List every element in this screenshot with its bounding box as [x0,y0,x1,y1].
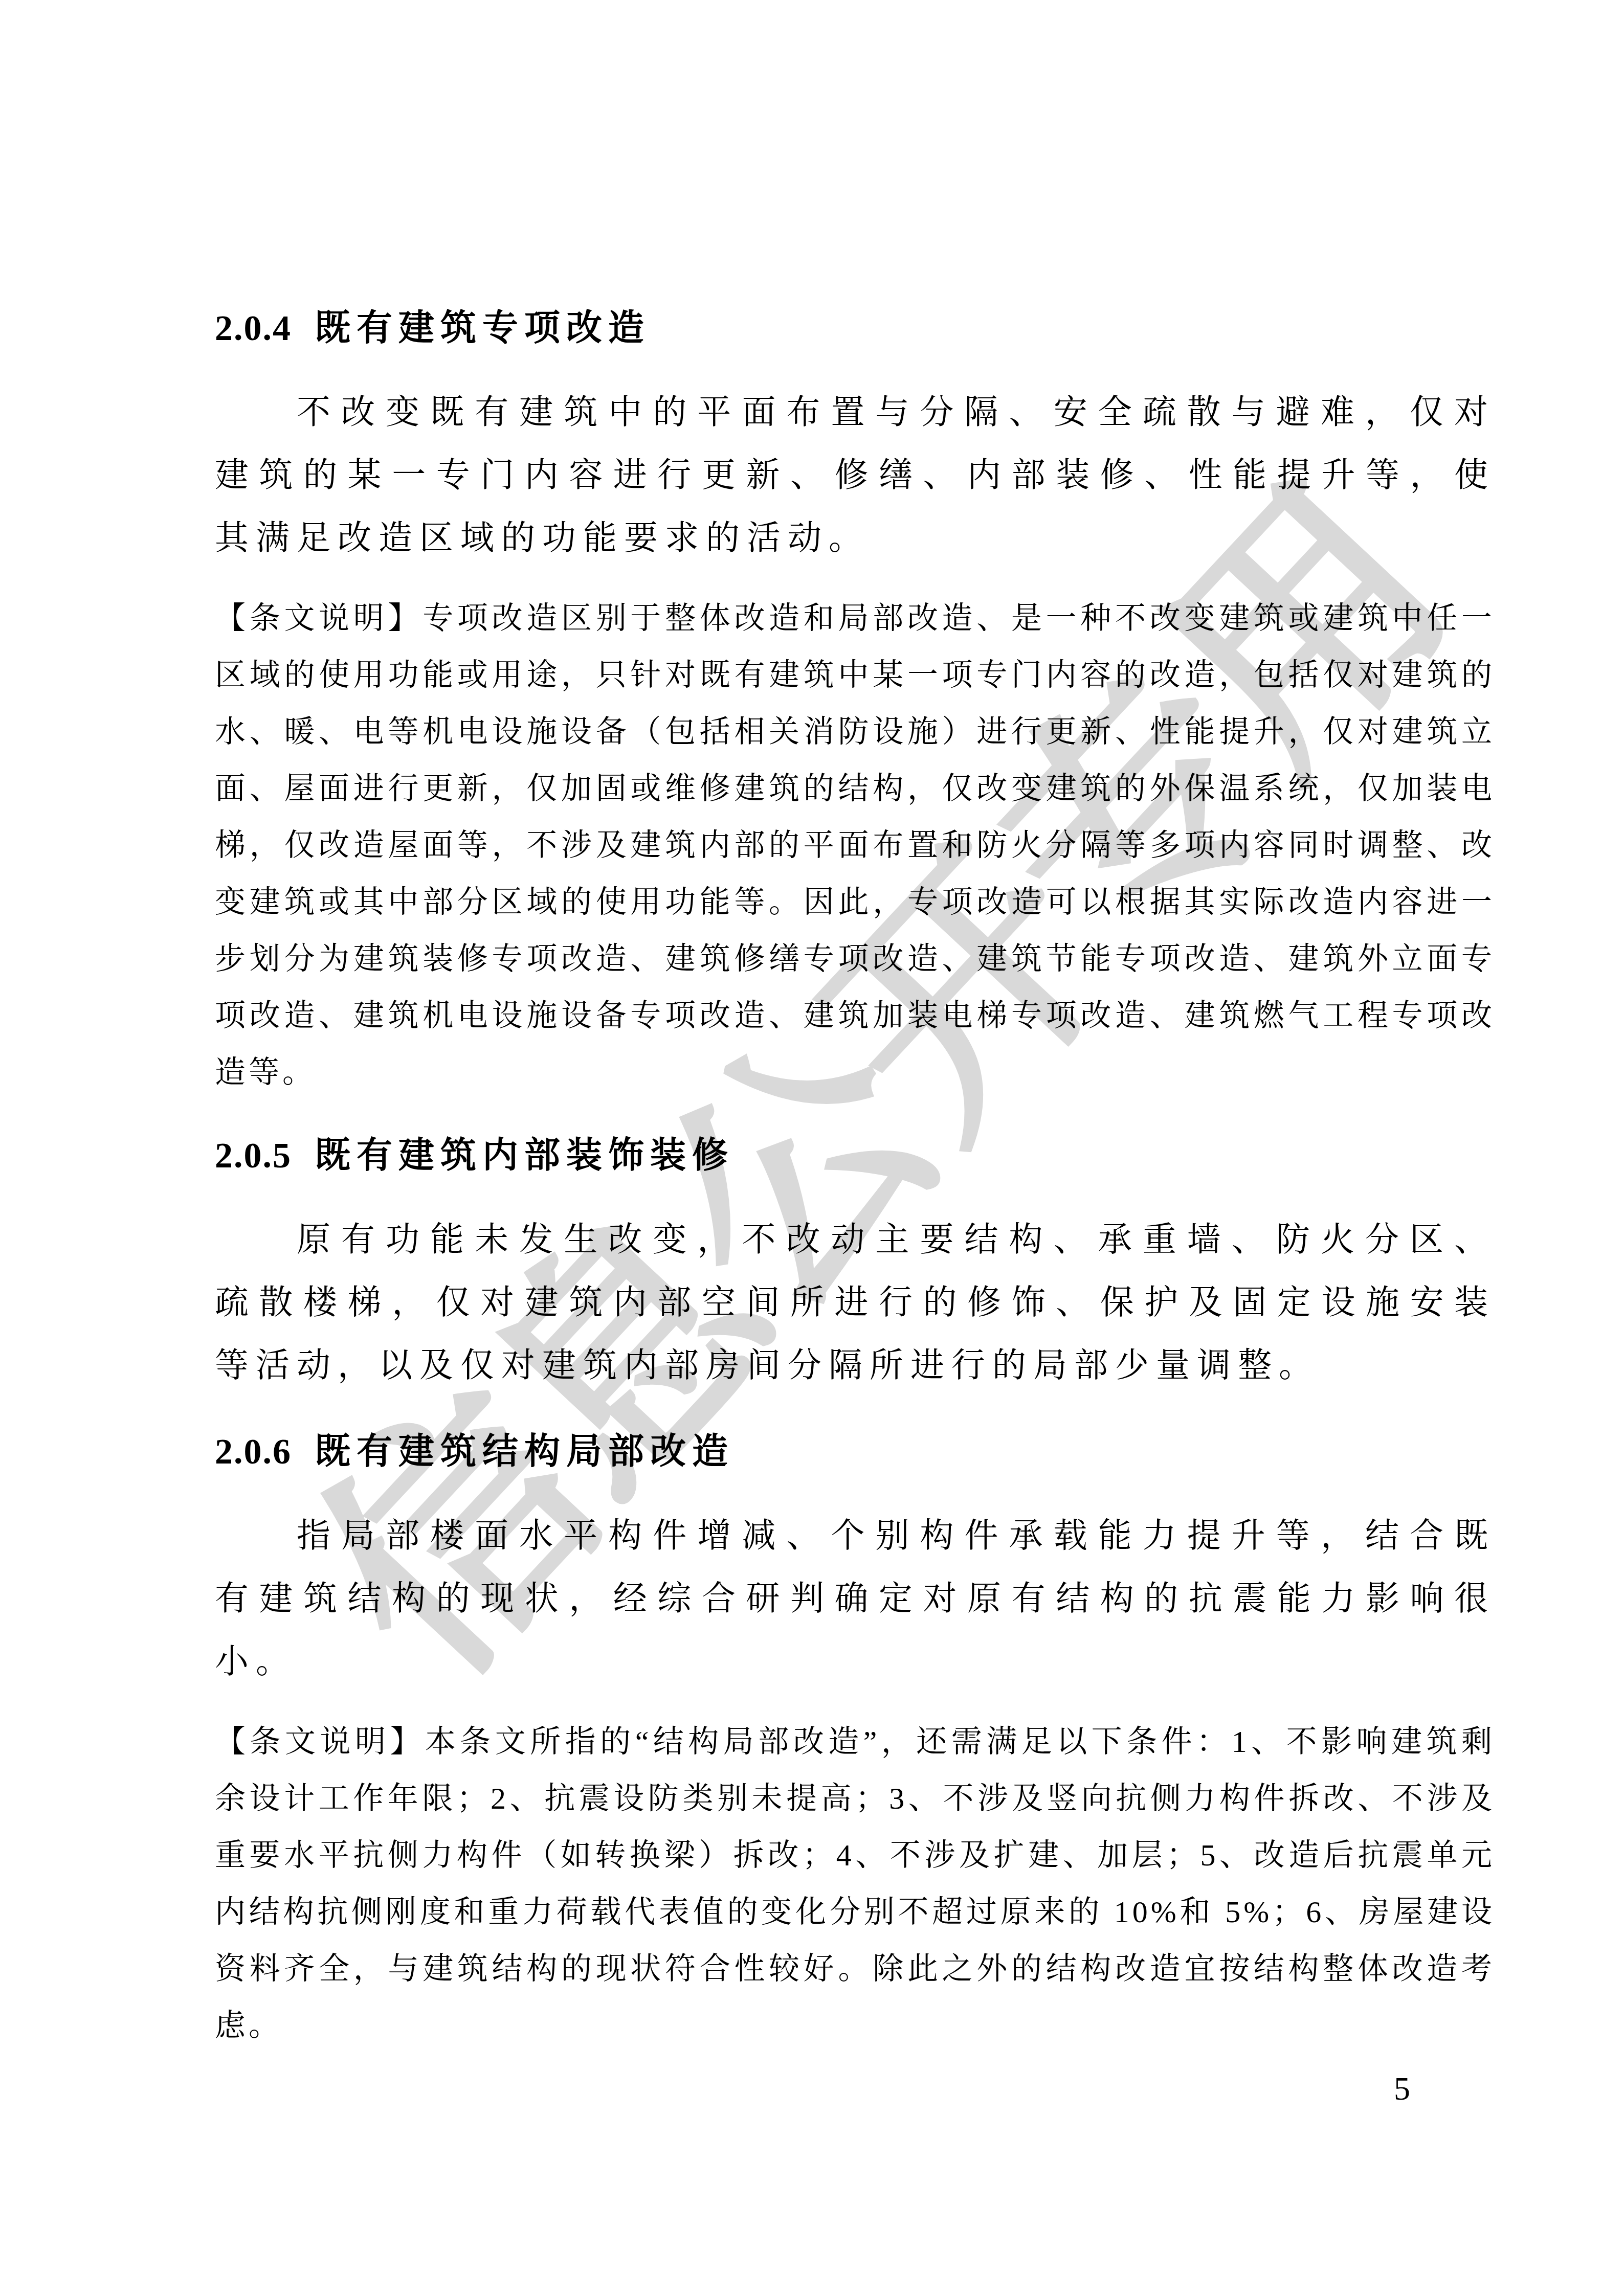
section-number: 2.0.6 [215,1432,292,1472]
text-line: 指局部楼面水平构件增减、个别构件承载能力提升等，结合既 [215,1504,1495,1567]
text-line: 面、屋面进行更新，仅加固或维修建筑的结构，仅改变建筑的外保温系统，仅加装电 [215,760,1495,817]
section-title: 既有建筑专项改造 [315,309,650,348]
text-line: 【条文说明】本条文所指的“结构局部改造”，还需满足以下条件：1、不影响建筑剩 [215,1714,1495,1770]
text-line: 等活动，以及仅对建筑内部房间分隔所进行的局部少量调整。 [215,1334,1495,1397]
text-line: 其满足改造区域的功能要求的活动。 [215,507,1495,570]
section-title: 既有建筑内部装饰装修 [315,1136,734,1176]
text-line: 步划分为建筑装修专项改造、建筑修缮专项改造、建筑节能专项改造、建筑外立面专 [215,931,1495,987]
text-line: 有建筑结构的现状，经综合研判确定对原有结构的抗震能力影响很 [215,1567,1495,1630]
page-content: 2.0.4既有建筑专项改造 不改变既有建筑中的平面布置与分隔、安全疏散与避难，仅… [215,294,1495,2075]
text-line: 造等。 [215,1044,1495,1101]
text-line: 区域的使用功能或用途，只针对既有建筑中某一项专门内容的改造，包括仅对建筑的 [215,647,1495,704]
section-commentary-204: 【条文说明】专项改造区别于整体改造和局部改造、是一种不改变建筑或建筑中任一 区域… [215,590,1495,1101]
text-line: 变建筑或其中部分区域的使用功能等。因此，专项改造可以根据其实际改造内容进一 [215,874,1495,931]
text-line: 余设计工作年限；2、抗震设防类别未提高；3、不涉及竖向抗侧力构件拆改、不涉及 [215,1770,1495,1827]
section-body-205: 原有功能未发生改变，不改动主要结构、承重墙、防火分区、 疏散楼梯，仅对建筑内部空… [215,1208,1495,1397]
text-line: 内结构抗侧刚度和重力荷载代表值的变化分别不超过原来的 10%和 5%；6、房屋建… [215,1884,1495,1941]
section-number: 2.0.4 [215,309,292,348]
text-line: 水、暖、电等机电设施设备（包括相关消防设施）进行更新、性能提升，仅对建筑立 [215,704,1495,760]
page-number: 5 [1394,2068,1410,2109]
text-line: 虑。 [215,1997,1495,2054]
section-number: 2.0.5 [215,1136,292,1176]
section-body-206: 指局部楼面水平构件增减、个别构件承载能力提升等，结合既 有建筑结构的现状，经综合… [215,1504,1495,1693]
text-line: 梯，仅改造屋面等，不涉及建筑内部的平面布置和防火分隔等多项内容同时调整、改 [215,817,1495,874]
text-line: 原有功能未发生改变，不改动主要结构、承重墙、防火分区、 [215,1208,1495,1271]
section-heading-204: 2.0.4既有建筑专项改造 [215,294,1495,363]
section-title: 既有建筑结构局部改造 [315,1432,734,1472]
text-line: 资料齐全，与建筑结构的现状符合性较好。除此之外的结构改造宜按结构整体改造考 [215,1941,1495,1997]
section-heading-205: 2.0.5既有建筑内部装饰装修 [215,1121,1495,1190]
document-page: 信息公开专用 2.0.4既有建筑专项改造 不改变既有建筑中的平面布置与分隔、安全… [0,0,1624,2296]
text-line: 疏散楼梯，仅对建筑内部空间所进行的修饰、保护及固定设施安装 [215,1271,1495,1334]
section-body-204: 不改变既有建筑中的平面布置与分隔、安全疏散与避难，仅对 建筑的某一专门内容进行更… [215,381,1495,570]
text-line: 【条文说明】专项改造区别于整体改造和局部改造、是一种不改变建筑或建筑中任一 [215,590,1495,647]
section-heading-206: 2.0.6既有建筑结构局部改造 [215,1417,1495,1487]
text-line: 不改变既有建筑中的平面布置与分隔、安全疏散与避难，仅对 [215,381,1495,444]
section-commentary-206: 【条文说明】本条文所指的“结构局部改造”，还需满足以下条件：1、不影响建筑剩 余… [215,1714,1495,2054]
text-line: 建筑的某一专门内容进行更新、修缮、内部装修、性能提升等，使 [215,444,1495,507]
text-line: 项改造、建筑机电设施设备专项改造、建筑加装电梯专项改造、建筑燃气工程专项改 [215,987,1495,1044]
text-line: 小。 [215,1630,1495,1693]
text-line: 重要水平抗侧力构件（如转换梁）拆改；4、不涉及扩建、加层；5、改造后抗震单元 [215,1827,1495,1884]
